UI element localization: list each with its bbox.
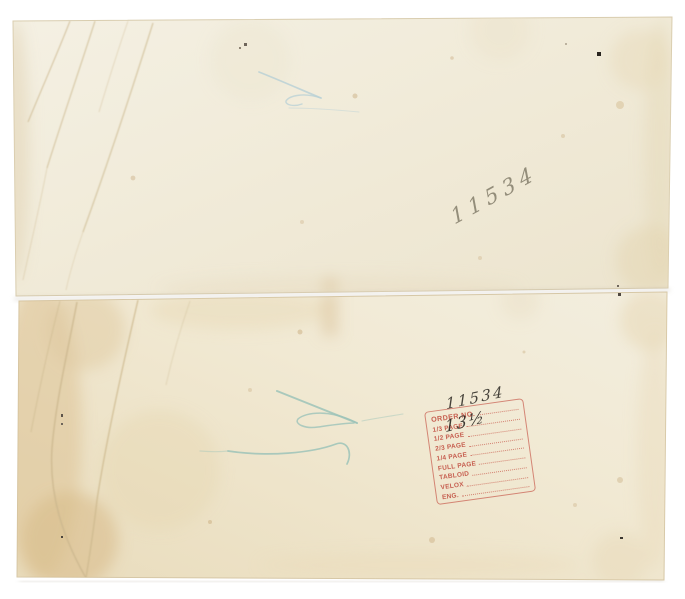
speck bbox=[61, 423, 63, 425]
foxing-spot bbox=[298, 330, 303, 335]
speck bbox=[597, 52, 601, 56]
stain bbox=[592, 532, 648, 588]
stain bbox=[100, 410, 220, 530]
foxing-spot bbox=[300, 220, 304, 224]
stain bbox=[616, 226, 684, 294]
foxing-spot bbox=[248, 388, 252, 392]
bottom-shadow bbox=[19, 581, 664, 582]
stain bbox=[323, 278, 337, 294]
stain bbox=[260, 553, 580, 577]
speck bbox=[617, 285, 619, 287]
photo-scene: 11534 ORDER NO. 1/3 PAGE 1/2 PAGE 2/3 PA… bbox=[0, 0, 685, 599]
foxing-spot bbox=[573, 503, 577, 507]
bottom-sheet bbox=[0, 280, 680, 588]
speck bbox=[618, 293, 621, 296]
speck bbox=[244, 43, 247, 46]
blue-mark bbox=[200, 451, 228, 452]
stain bbox=[470, 0, 530, 60]
foxing-spot bbox=[616, 101, 624, 109]
stain bbox=[637, 330, 673, 570]
foxing-spot bbox=[353, 94, 358, 99]
stain bbox=[210, 20, 290, 100]
stain bbox=[22, 492, 118, 588]
stamp-row-label: ENG. bbox=[442, 492, 460, 501]
foxing-spot bbox=[523, 351, 526, 354]
foxing-spot bbox=[561, 134, 565, 138]
stain bbox=[610, 30, 670, 90]
speck bbox=[620, 537, 623, 539]
stain bbox=[322, 292, 338, 336]
foxing-spot bbox=[131, 176, 136, 181]
speck bbox=[565, 43, 567, 45]
stain bbox=[45, 290, 125, 370]
top-sheet-paper bbox=[13, 17, 672, 296]
foxing-spot bbox=[478, 256, 482, 260]
top-sheet bbox=[1, 0, 684, 304]
speck bbox=[61, 414, 63, 417]
foxing-spot bbox=[450, 56, 454, 60]
foxing-spot bbox=[208, 520, 212, 524]
speck bbox=[61, 536, 63, 538]
foxing-spot bbox=[617, 477, 623, 483]
paper-artwork bbox=[0, 0, 685, 599]
speck bbox=[239, 47, 241, 49]
foxing-spot bbox=[429, 537, 435, 543]
